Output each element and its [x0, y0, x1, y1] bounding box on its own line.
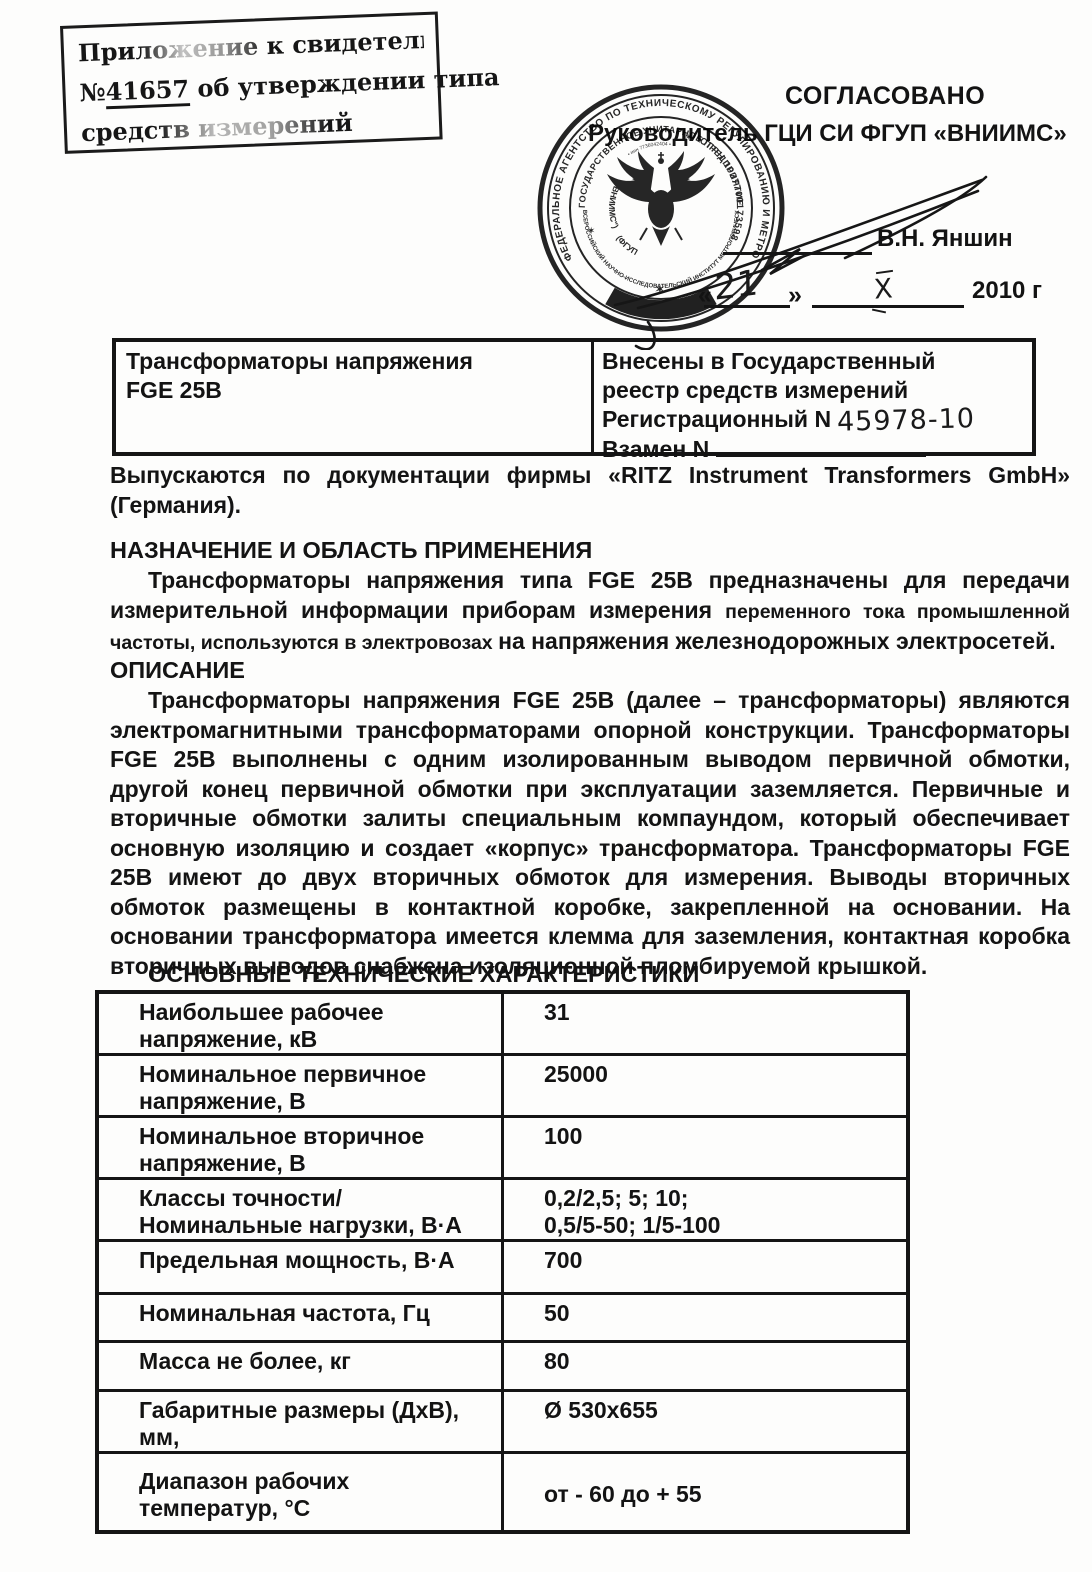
handwritten-registration-number: 45978-10	[837, 404, 976, 437]
certificate-number: 41657	[105, 74, 190, 109]
table-row: Номинальное первичное напряжение, В 2500…	[97, 1055, 908, 1117]
spec-value: 25000	[503, 1055, 909, 1117]
spec-value: 50	[503, 1294, 909, 1342]
table-row: Предельная мощность, В·А 700	[97, 1241, 908, 1294]
technical-specs-table: Наибольшее рабочее напряжение, кВ 31 Ном…	[95, 990, 910, 1534]
purpose-text-3: на напряжения железнодорожных электросет…	[498, 628, 1056, 654]
table-row: Номинальное вторичное напряжение, В 100	[97, 1117, 908, 1179]
description-paragraph: Трансформаторы напряжения FGE 25B (далее…	[110, 686, 1070, 981]
spec-param: Классы точности/Номинальные нагрузки, В·…	[97, 1179, 503, 1241]
instrument-name-line1: Трансформаторы напряжения	[126, 347, 583, 376]
table-row: Масса не более, кг 80	[97, 1342, 908, 1391]
spec-value: 0,2/2,5; 5; 10; 0,5/5-50; 1/5-100	[503, 1179, 909, 1241]
spec-param: Диапазон рабочих температур, °С	[97, 1453, 503, 1532]
purpose-section-heading: НАЗНАЧЕНИЕ И ОБЛАСТЬ ПРИМЕНЕНИЯ	[110, 537, 1070, 564]
type-approval-stamp: Приложение к свидетельству №41657 об утв…	[60, 11, 443, 153]
table-row: Классы точности/Номинальные нагрузки, В·…	[97, 1179, 908, 1241]
replaces-label: Взамен N	[602, 436, 709, 462]
spec-param: Наибольшее рабочее напряжение, кВ	[97, 992, 503, 1055]
instrument-name-cell: Трансформаторы напряжения FGE 25B	[116, 342, 594, 452]
spec-value: 80	[503, 1342, 909, 1391]
signature-line	[723, 252, 872, 255]
spec-param: Номинальное первичное напряжение, В	[97, 1055, 503, 1117]
registry-line2: реестр средств измерений	[602, 376, 1024, 405]
scanned-certificate-page: { "corner_stamp": { "line1": "Приложение…	[0, 0, 1092, 1572]
spec-param: Номинальное вторичное напряжение, В	[97, 1117, 503, 1179]
table-row: Диапазон рабочих температур, °С от - 60 …	[97, 1453, 908, 1532]
spec-param: Предельная мощность, В·А	[97, 1241, 503, 1294]
day-blank-line	[704, 305, 790, 308]
signer-name: В.Н. Яншин	[877, 225, 1013, 253]
issued-by-statement: Выпускаются по документации фирмы «RITZ …	[110, 460, 1070, 520]
registry-line1: Внесены в Государственный	[602, 347, 1024, 376]
table-row: Номинальная частота, Гц 50	[97, 1294, 908, 1342]
spec-value: от - 60 до + 55	[503, 1453, 909, 1532]
description-section-heading: ОПИСАНИЕ	[110, 657, 1070, 684]
instrument-name-line2: FGE 25B	[126, 376, 583, 405]
registration-number-line: Регистрационный N 45978-10	[602, 405, 1024, 435]
handwritten-month: X	[873, 273, 894, 305]
spec-param: Масса не более, кг	[97, 1342, 503, 1391]
numero-sign: №	[79, 77, 106, 107]
handwritten-day: 21	[714, 263, 759, 309]
date-year: 2010 г	[972, 277, 1042, 305]
date-close-quote: »	[788, 281, 802, 310]
registry-info-cell: Внесены в Государственный реестр средств…	[594, 342, 1032, 452]
spec-value: Ø 530x655	[503, 1391, 909, 1453]
replaces-blank-line	[716, 436, 926, 457]
spec-value: 31	[503, 992, 909, 1055]
specs-section-heading: ОСНОВНЫЕ ТЕХНИЧЕСКИЕ ХАРАКТЕРИСТИКИ	[148, 961, 699, 988]
table-row: Габаритные размеры (ДхВ), мм, Ø 530x655	[97, 1391, 908, 1453]
stamp-line-2-rest: об утверждении типа	[189, 62, 500, 103]
registration-number-label: Регистрационный N	[602, 406, 831, 432]
purpose-paragraph: Трансформаторы напряжения типа FGE 25B п…	[110, 566, 1070, 659]
spec-param: Габаритные размеры (ДхВ), мм,	[97, 1391, 503, 1453]
spec-value: 700	[503, 1241, 909, 1294]
spec-param: Номинальная частота, Гц	[97, 1294, 503, 1342]
table-row: Наибольшее рабочее напряжение, кВ 31	[97, 992, 908, 1055]
month-blank-line	[812, 305, 964, 308]
registry-box: Трансформаторы напряжения FGE 25B Внесен…	[112, 338, 1036, 456]
spec-value: 100	[503, 1117, 909, 1179]
